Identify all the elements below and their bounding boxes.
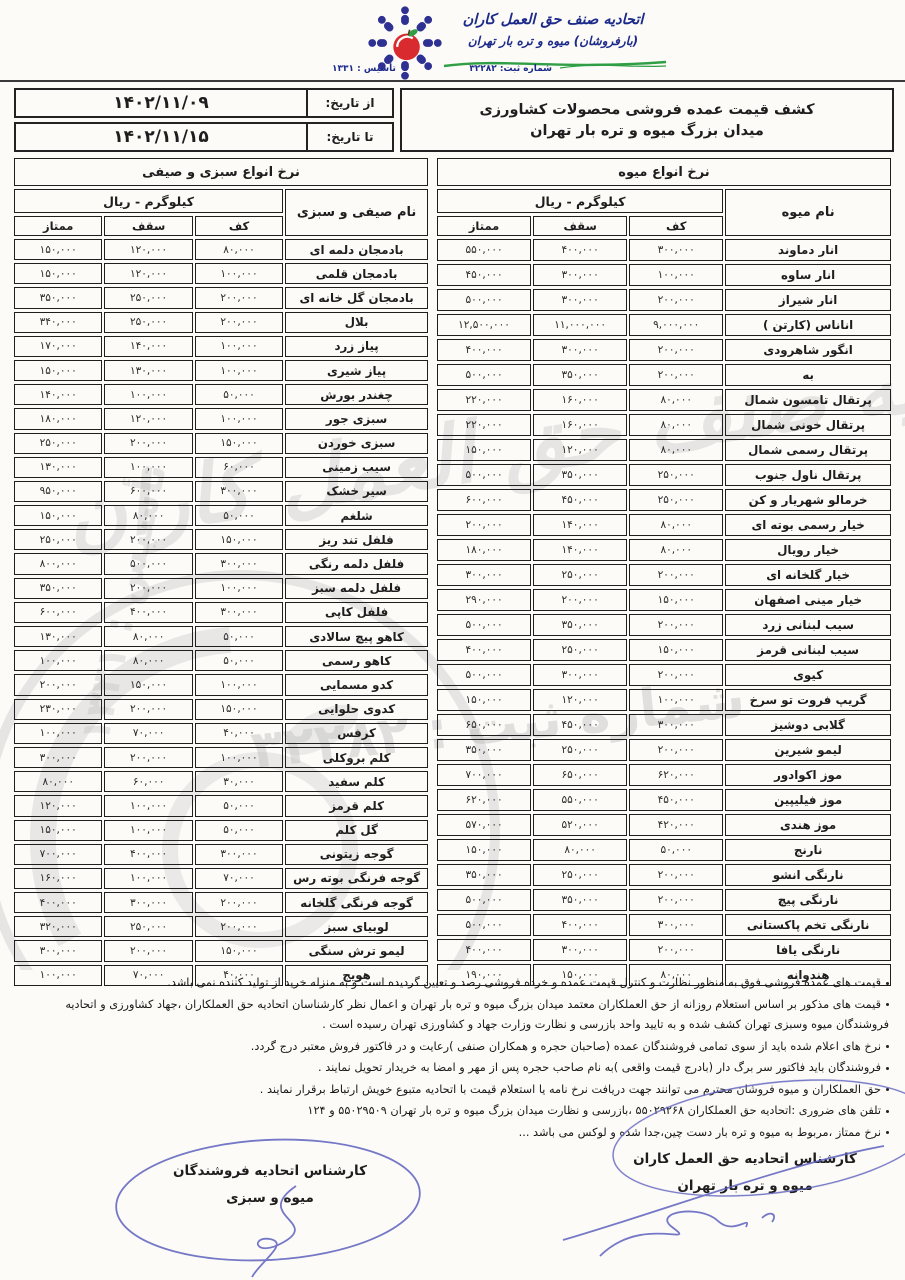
- table-row: نارنج ۵۰,۰۰۰ ۸۰,۰۰۰ ۱۵۰,۰۰۰: [437, 839, 891, 861]
- ceiling-price-cell: ۳۰۰,۰۰۰: [533, 264, 627, 286]
- ceiling-price-cell: ۲۵۰,۰۰۰: [104, 287, 192, 308]
- table-row: نارنگی یافا ۲۰۰,۰۰۰ ۳۰۰,۰۰۰ ۴۰۰,۰۰۰: [437, 939, 891, 961]
- table-row: بادمجان دلمه ای ۸۰,۰۰۰ ۱۲۰,۰۰۰ ۱۵۰,۰۰۰: [14, 239, 428, 260]
- table-row: کلم قرمز ۵۰,۰۰۰ ۱۰۰,۰۰۰ ۱۲۰,۰۰۰: [14, 795, 428, 816]
- item-name-cell: بلال: [285, 312, 428, 333]
- premium-price-cell: ۸۰۰,۰۰۰: [14, 553, 102, 574]
- item-name-cell: کلم قرمز: [285, 795, 428, 816]
- item-name-cell: کیوی: [725, 664, 891, 686]
- premium-price-cell: ۵۰۰,۰۰۰: [437, 664, 531, 686]
- ceiling-price-cell: ۱۲۰,۰۰۰: [533, 689, 627, 711]
- item-name-cell: انار ساوه: [725, 264, 891, 286]
- item-name-cell: اناناس (کارتن ): [725, 314, 891, 336]
- veg-unit-header: کیلوگرم - ریال: [14, 189, 283, 213]
- item-name-cell: شلغم: [285, 505, 428, 526]
- ceiling-price-cell: ۱۲۰,۰۰۰: [104, 263, 192, 284]
- premium-price-cell: ۱۳۰,۰۰۰: [14, 457, 102, 478]
- ceiling-price-cell: ۲۰۰,۰۰۰: [104, 747, 192, 768]
- ceiling-price-cell: ۱۵۰,۰۰۰: [104, 674, 192, 695]
- table-row: کلم سفید ۳۰,۰۰۰ ۶۰,۰۰۰ ۸۰,۰۰۰: [14, 771, 428, 792]
- item-name-cell: بادمجان قلمی: [285, 263, 428, 284]
- floor-price-cell: ۸۰,۰۰۰: [629, 539, 723, 561]
- floor-price-cell: ۱۰۰,۰۰۰: [195, 263, 283, 284]
- item-name-cell: پرتقال تامسون شمال: [725, 389, 891, 411]
- item-name-cell: گوجه فرنگی بوته رس: [285, 868, 428, 889]
- floor-price-cell: ۱۵۰,۰۰۰: [195, 529, 283, 550]
- premium-price-cell: ۲۵۰,۰۰۰: [14, 529, 102, 550]
- price-tables: نرخ انواع میوه نام میوه کیلوگرم - ریال ک…: [12, 155, 893, 989]
- floor-price-cell: ۲۰۰,۰۰۰: [195, 916, 283, 937]
- ceiling-price-cell: ۴۵۰,۰۰۰: [533, 489, 627, 511]
- ceiling-price-cell: ۲۰۰,۰۰۰: [533, 589, 627, 611]
- premium-price-cell: ۵۷۰,۰۰۰: [437, 814, 531, 836]
- established-year: تأسیس : ۱۳۳۱: [332, 64, 396, 74]
- premium-price-cell: ۱۵۰,۰۰۰: [437, 839, 531, 861]
- ceiling-price-cell: ۲۰۰,۰۰۰: [104, 578, 192, 599]
- footnote-line: قیمت های مذکور بر اساس استعلام روزانه از…: [16, 995, 889, 1036]
- item-name-cell: انگور شاهرودی: [725, 339, 891, 361]
- table-row: کیوی ۲۰۰,۰۰۰ ۳۰۰,۰۰۰ ۵۰۰,۰۰۰: [437, 664, 891, 686]
- left-signature-line1: کارشناس اتحادیه فروشندگان: [120, 1158, 420, 1185]
- document-title-line1: کشف قیمت عمده فروشی محصولات کشاورزی: [480, 102, 815, 118]
- ceiling-price-cell: ۱۲۰,۰۰۰: [533, 439, 627, 461]
- item-name-cell: سیر خشک: [285, 481, 428, 502]
- item-name-cell: کاهو رسمی: [285, 650, 428, 671]
- table-row: موز فیلیپین ۴۵۰,۰۰۰ ۵۵۰,۰۰۰ ۶۲۰,۰۰۰: [437, 789, 891, 811]
- table-row: خیار مینی اصفهان ۱۵۰,۰۰۰ ۲۰۰,۰۰۰ ۲۹۰,۰۰۰: [437, 589, 891, 611]
- premium-price-cell: ۴۵۰,۰۰۰: [437, 264, 531, 286]
- table-row: پرتقال ناول جنوب ۲۵۰,۰۰۰ ۳۵۰,۰۰۰ ۵۰۰,۰۰۰: [437, 464, 891, 486]
- premium-price-cell: ۲۵۰,۰۰۰: [14, 433, 102, 454]
- ceiling-price-cell: ۱۰۰,۰۰۰: [104, 795, 192, 816]
- document-title-box: کشف قیمت عمده فروشی محصولات کشاورزی میدا…: [400, 88, 894, 152]
- ceiling-price-cell: ۲۵۰,۰۰۰: [533, 639, 627, 661]
- floor-price-cell: ۸۰,۰۰۰: [629, 439, 723, 461]
- premium-price-cell: ۵۰۰,۰۰۰: [437, 889, 531, 911]
- floor-price-cell: ۱۰۰,۰۰۰: [195, 747, 283, 768]
- vegetable-price-table: نرخ انواع سبزی و صیفی نام صیفی و سبزی کی…: [12, 155, 430, 989]
- ceiling-price-cell: ۱۰۰,۰۰۰: [104, 457, 192, 478]
- table-row: گریپ فروت تو سرخ ۱۰۰,۰۰۰ ۱۲۰,۰۰۰ ۱۵۰,۰۰۰: [437, 689, 891, 711]
- table-row: فلفل تند ریز ۱۵۰,۰۰۰ ۲۰۰,۰۰۰ ۲۵۰,۰۰۰: [14, 529, 428, 550]
- item-name-cell: فلفل دلمه سبز: [285, 578, 428, 599]
- ceiling-price-cell: ۳۵۰,۰۰۰: [533, 364, 627, 386]
- item-name-cell: گل کلم: [285, 820, 428, 841]
- floor-price-cell: ۳۰۰,۰۰۰: [629, 914, 723, 936]
- item-name-cell: سیب لبنانی زرد: [725, 614, 891, 636]
- premium-price-cell: ۱۳۰,۰۰۰: [14, 626, 102, 647]
- from-date-value: ۱۴۰۲/۱۱/۰۹: [16, 90, 306, 116]
- veg-floor-header: کف: [195, 216, 283, 236]
- union-name-line1: اتحادیه صنف حق العمل کاران: [448, 10, 658, 32]
- ceiling-price-cell: ۳۵۰,۰۰۰: [533, 614, 627, 636]
- table-row: خیار رسمی بوته ای ۸۰,۰۰۰ ۱۴۰,۰۰۰ ۲۰۰,۰۰۰: [437, 514, 891, 536]
- floor-price-cell: ۲۰۰,۰۰۰: [629, 614, 723, 636]
- floor-price-cell: ۳۰,۰۰۰: [195, 771, 283, 792]
- premium-price-cell: ۱۰۰,۰۰۰: [14, 723, 102, 744]
- floor-price-cell: ۲۰۰,۰۰۰: [629, 564, 723, 586]
- ceiling-price-cell: ۱۲۰,۰۰۰: [104, 239, 192, 260]
- premium-price-cell: ۱۵۰,۰۰۰: [437, 439, 531, 461]
- item-name-cell: چغندر بورش: [285, 384, 428, 405]
- premium-price-cell: ۱۶۰,۰۰۰: [14, 868, 102, 889]
- ceiling-price-cell: ۴۰۰,۰۰۰: [533, 239, 627, 261]
- table-row: پرتقال تامسون شمال ۸۰,۰۰۰ ۱۶۰,۰۰۰ ۲۲۰,۰۰…: [437, 389, 891, 411]
- table-row: نارنگی انشو ۲۰۰,۰۰۰ ۲۵۰,۰۰۰ ۳۵۰,۰۰۰: [437, 864, 891, 886]
- item-name-cell: گوجه زیتونی: [285, 844, 428, 865]
- table-row: کدو مسمایی ۱۰۰,۰۰۰ ۱۵۰,۰۰۰ ۲۰۰,۰۰۰: [14, 674, 428, 695]
- ceiling-price-cell: ۱۰۰,۰۰۰: [104, 820, 192, 841]
- ceiling-price-cell: ۱۰۰,۰۰۰: [104, 868, 192, 889]
- item-name-cell: پرتقال خونی شمال: [725, 414, 891, 436]
- ceiling-price-cell: ۸۰,۰۰۰: [104, 650, 192, 671]
- floor-price-cell: ۵۰,۰۰۰: [629, 839, 723, 861]
- table-row: پرتقال خونی شمال ۸۰,۰۰۰ ۱۶۰,۰۰۰ ۲۲۰,۰۰۰: [437, 414, 891, 436]
- premium-price-cell: ۵۰۰,۰۰۰: [437, 464, 531, 486]
- premium-price-cell: ۵۰۰,۰۰۰: [437, 614, 531, 636]
- item-name-cell: گریپ فروت تو سرخ: [725, 689, 891, 711]
- ceiling-price-cell: ۳۰۰,۰۰۰: [533, 339, 627, 361]
- table-row: سیر خشک ۳۰۰,۰۰۰ ۶۰۰,۰۰۰ ۹۵۰,۰۰۰: [14, 481, 428, 502]
- footnote-line: تلفن های ضروری :اتحادیه حق العملکاران ۵۵…: [16, 1101, 889, 1122]
- ceiling-price-cell: ۱۶۰,۰۰۰: [533, 414, 627, 436]
- ceiling-price-cell: ۱۴۰,۰۰۰: [533, 514, 627, 536]
- footnote-line: حق العملکاران و میوه فروشان محترم می توا…: [16, 1080, 889, 1101]
- premium-price-cell: ۵۰۰,۰۰۰: [437, 364, 531, 386]
- floor-price-cell: ۵۰,۰۰۰: [195, 626, 283, 647]
- table-row: کلم بروکلی ۱۰۰,۰۰۰ ۲۰۰,۰۰۰ ۳۰۰,۰۰۰: [14, 747, 428, 768]
- ceiling-price-cell: ۱۲۰,۰۰۰: [104, 408, 192, 429]
- ceiling-price-cell: ۸۰,۰۰۰: [104, 505, 192, 526]
- right-signature-block: کارشناس اتحادیه حق العمل کاران میوه و تر…: [610, 1146, 880, 1200]
- ceiling-price-cell: ۲۰۰,۰۰۰: [104, 529, 192, 550]
- floor-price-cell: ۱۵۰,۰۰۰: [195, 940, 283, 961]
- floor-price-cell: ۵۰,۰۰۰: [195, 795, 283, 816]
- floor-price-cell: ۸۰,۰۰۰: [629, 514, 723, 536]
- ceiling-price-cell: ۳۰۰,۰۰۰: [533, 939, 627, 961]
- table-row: فلفل دلمه سبز ۱۰۰,۰۰۰ ۲۰۰,۰۰۰ ۳۵۰,۰۰۰: [14, 578, 428, 599]
- item-name-cell: گلابی دوشیز: [725, 714, 891, 736]
- premium-price-cell: ۴۰۰,۰۰۰: [14, 892, 102, 913]
- floor-price-cell: ۲۰۰,۰۰۰: [629, 864, 723, 886]
- item-name-cell: کدوی حلوایی: [285, 699, 428, 720]
- floor-price-cell: ۲۰۰,۰۰۰: [629, 939, 723, 961]
- ceiling-price-cell: ۱۱,۰۰۰,۰۰۰: [533, 314, 627, 336]
- table-row: کاهو رسمی ۵۰,۰۰۰ ۸۰,۰۰۰ ۱۰۰,۰۰۰: [14, 650, 428, 671]
- right-signature-line1: کارشناس اتحادیه حق العمل کاران: [610, 1146, 880, 1173]
- veg-table-title: نرخ انواع سبزی و صیفی: [14, 158, 428, 186]
- ceiling-price-cell: ۶۰,۰۰۰: [104, 771, 192, 792]
- item-name-cell: خیار رسمی بوته ای: [725, 514, 891, 536]
- premium-price-cell: ۱۲۰,۰۰۰: [14, 795, 102, 816]
- floor-price-cell: ۱۵۰,۰۰۰: [629, 589, 723, 611]
- from-date-row: از تاریخ: ۱۴۰۲/۱۱/۰۹: [14, 88, 394, 118]
- table-row: انار ساوه ۱۰۰,۰۰۰ ۳۰۰,۰۰۰ ۴۵۰,۰۰۰: [437, 264, 891, 286]
- to-date-row: تا تاریخ: ۱۴۰۲/۱۱/۱۵: [14, 122, 394, 152]
- floor-price-cell: ۳۰۰,۰۰۰: [195, 553, 283, 574]
- premium-price-cell: ۱۸۰,۰۰۰: [437, 539, 531, 561]
- item-name-cell: فلفل دلمه رنگی: [285, 553, 428, 574]
- floor-price-cell: ۲۰۰,۰۰۰: [629, 664, 723, 686]
- floor-price-cell: ۲۰۰,۰۰۰: [629, 889, 723, 911]
- table-row: موز اکوادور ۶۲۰,۰۰۰ ۶۵۰,۰۰۰ ۷۰۰,۰۰۰: [437, 764, 891, 786]
- premium-price-cell: ۷۰۰,۰۰۰: [14, 844, 102, 865]
- table-row: کدوی حلوایی ۱۵۰,۰۰۰ ۲۰۰,۰۰۰ ۲۳۰,۰۰۰: [14, 699, 428, 720]
- floor-price-cell: ۷۰,۰۰۰: [195, 868, 283, 889]
- ceiling-price-cell: ۳۰۰,۰۰۰: [533, 289, 627, 311]
- table-row: لیمو ترش سنگی ۱۵۰,۰۰۰ ۲۰۰,۰۰۰ ۳۰۰,۰۰۰: [14, 940, 428, 961]
- table-row: شلغم ۵۰,۰۰۰ ۸۰,۰۰۰ ۱۵۰,۰۰۰: [14, 505, 428, 526]
- floor-price-cell: ۴۲۰,۰۰۰: [629, 814, 723, 836]
- left-signature-block: کارشناس اتحادیه فروشندگان میوه و سبزی: [120, 1158, 420, 1212]
- item-name-cell: کلم سفید: [285, 771, 428, 792]
- item-name-cell: کرفس: [285, 723, 428, 744]
- table-row: سیب لبنانی قرمز ۱۵۰,۰۰۰ ۲۵۰,۰۰۰ ۴۰۰,۰۰۰: [437, 639, 891, 661]
- floor-price-cell: ۱۰۰,۰۰۰: [629, 689, 723, 711]
- item-name-cell: موز اکوادور: [725, 764, 891, 786]
- premium-price-cell: ۲۰۰,۰۰۰: [14, 674, 102, 695]
- footnotes: قیمت های عمده فروشی فوق به منظور نظارت و…: [16, 973, 889, 1144]
- veg-premium-header: ممتاز: [14, 216, 102, 236]
- table-row: خرمالو شهریار و کن ۲۵۰,۰۰۰ ۴۵۰,۰۰۰ ۶۰۰,۰…: [437, 489, 891, 511]
- table-row: فلفل کاپی ۳۰۰,۰۰۰ ۴۰۰,۰۰۰ ۶۰۰,۰۰۰: [14, 602, 428, 623]
- premium-price-cell: ۴۰۰,۰۰۰: [437, 639, 531, 661]
- premium-price-cell: ۲۲۰,۰۰۰: [437, 389, 531, 411]
- table-row: فلفل دلمه رنگی ۳۰۰,۰۰۰ ۵۰۰,۰۰۰ ۸۰۰,۰۰۰: [14, 553, 428, 574]
- ceiling-price-cell: ۵۵۰,۰۰۰: [533, 789, 627, 811]
- item-name-cell: کدو مسمایی: [285, 674, 428, 695]
- right-signature-line2: میوه و تره بار تهران: [610, 1173, 880, 1200]
- ceiling-price-cell: ۲۵۰,۰۰۰: [104, 916, 192, 937]
- fruit-premium-header: ممتاز: [437, 216, 531, 236]
- table-row: پیاز زرد ۱۰۰,۰۰۰ ۱۴۰,۰۰۰ ۱۷۰,۰۰۰: [14, 336, 428, 357]
- item-name-cell: پرتقال ناول جنوب: [725, 464, 891, 486]
- ceiling-price-cell: ۷۰,۰۰۰: [104, 723, 192, 744]
- premium-price-cell: ۴۰۰,۰۰۰: [437, 939, 531, 961]
- table-row: لیمو شیرین ۲۰۰,۰۰۰ ۲۵۰,۰۰۰ ۳۵۰,۰۰۰: [437, 739, 891, 761]
- table-row: گل کلم ۵۰,۰۰۰ ۱۰۰,۰۰۰ ۱۵۰,۰۰۰: [14, 820, 428, 841]
- premium-price-cell: ۳۴۰,۰۰۰: [14, 312, 102, 333]
- ceiling-price-cell: ۲۵۰,۰۰۰: [104, 312, 192, 333]
- table-row: کاهو پیچ سالادی ۵۰,۰۰۰ ۸۰,۰۰۰ ۱۳۰,۰۰۰: [14, 626, 428, 647]
- premium-price-cell: ۳۲۰,۰۰۰: [14, 916, 102, 937]
- item-name-cell: نارنج: [725, 839, 891, 861]
- floor-price-cell: ۴۰,۰۰۰: [195, 723, 283, 744]
- item-name-cell: سیب لبنانی قرمز: [725, 639, 891, 661]
- floor-price-cell: ۱۰۰,۰۰۰: [629, 264, 723, 286]
- floor-price-cell: ۱۰۰,۰۰۰: [195, 336, 283, 357]
- item-name-cell: به: [725, 364, 891, 386]
- floor-price-cell: ۳۰۰,۰۰۰: [195, 844, 283, 865]
- ceiling-price-cell: ۴۰۰,۰۰۰: [104, 844, 192, 865]
- ceiling-price-cell: ۱۳۰,۰۰۰: [104, 360, 192, 381]
- ceiling-price-cell: ۱۶۰,۰۰۰: [533, 389, 627, 411]
- premium-price-cell: ۲۹۰,۰۰۰: [437, 589, 531, 611]
- floor-price-cell: ۱۵۰,۰۰۰: [195, 699, 283, 720]
- premium-price-cell: ۱۵۰,۰۰۰: [14, 263, 102, 284]
- premium-price-cell: ۱۵۰,۰۰۰: [14, 820, 102, 841]
- premium-price-cell: ۴۰۰,۰۰۰: [437, 339, 531, 361]
- premium-price-cell: ۳۵۰,۰۰۰: [437, 864, 531, 886]
- premium-price-cell: ۶۵۰,۰۰۰: [437, 714, 531, 736]
- floor-price-cell: ۳۰۰,۰۰۰: [629, 239, 723, 261]
- footnote-line: قیمت های عمده فروشی فوق به منظور نظارت و…: [16, 973, 889, 994]
- registration-number: شماره ثبت: ۳۲۲۸۲: [469, 64, 552, 74]
- header-divider: [0, 80, 905, 82]
- ceiling-price-cell: ۲۰۰,۰۰۰: [104, 699, 192, 720]
- footnote-line: نرخ های اعلام شده باید از سوی تمامی فروش…: [16, 1037, 889, 1058]
- apple-icon: [393, 28, 420, 60]
- premium-price-cell: ۲۰۰,۰۰۰: [437, 514, 531, 536]
- union-name: اتحادیه صنف حق العمل کاران (بارفروشان) م…: [448, 10, 658, 51]
- to-date-label: تا تاریخ:: [306, 124, 392, 150]
- veg-ceiling-header: سقف: [104, 216, 192, 236]
- fruit-ceiling-header: سقف: [533, 216, 627, 236]
- table-row: بادمجان گل خانه ای ۲۰۰,۰۰۰ ۲۵۰,۰۰۰ ۳۵۰,۰…: [14, 287, 428, 308]
- premium-price-cell: ۱۵۰,۰۰۰: [437, 689, 531, 711]
- floor-price-cell: ۲۰۰,۰۰۰: [629, 289, 723, 311]
- premium-price-cell: ۵۵۰,۰۰۰: [437, 239, 531, 261]
- floor-price-cell: ۶۰,۰۰۰: [195, 457, 283, 478]
- item-name-cell: فلفل کاپی: [285, 602, 428, 623]
- item-name-cell: بادمجان گل خانه ای: [285, 287, 428, 308]
- premium-price-cell: ۳۵۰,۰۰۰: [14, 578, 102, 599]
- table-row: چغندر بورش ۵۰,۰۰۰ ۱۰۰,۰۰۰ ۱۴۰,۰۰۰: [14, 384, 428, 405]
- ceiling-price-cell: ۲۰۰,۰۰۰: [104, 940, 192, 961]
- table-row: نارنگی پیچ ۲۰۰,۰۰۰ ۳۵۰,۰۰۰ ۵۰۰,۰۰۰: [437, 889, 891, 911]
- premium-price-cell: ۳۰۰,۰۰۰: [437, 564, 531, 586]
- table-row: سبزی جور ۱۰۰,۰۰۰ ۱۲۰,۰۰۰ ۱۸۰,۰۰۰: [14, 408, 428, 429]
- fruit-price-table: نرخ انواع میوه نام میوه کیلوگرم - ریال ک…: [435, 155, 893, 989]
- premium-price-cell: ۱۷۰,۰۰۰: [14, 336, 102, 357]
- item-name-cell: خیار رویال: [725, 539, 891, 561]
- floor-price-cell: ۳۰۰,۰۰۰: [195, 602, 283, 623]
- left-signature-line2: میوه و سبزی: [120, 1185, 420, 1212]
- ceiling-price-cell: ۴۵۰,۰۰۰: [533, 714, 627, 736]
- table-row: سبزی خوردن ۱۵۰,۰۰۰ ۲۰۰,۰۰۰ ۲۵۰,۰۰۰: [14, 433, 428, 454]
- premium-price-cell: ۳۰۰,۰۰۰: [14, 940, 102, 961]
- premium-price-cell: ۱۴۰,۰۰۰: [14, 384, 102, 405]
- item-name-cell: سبزی خوردن: [285, 433, 428, 454]
- union-name-line2: (بارفروشان) میوه و تره بار تهران: [448, 32, 658, 51]
- floor-price-cell: ۴۵۰,۰۰۰: [629, 789, 723, 811]
- item-name-cell: خیار گلخانه ای: [725, 564, 891, 586]
- scanned-price-list-document: { "header": { "org_line1": "اتحادیه صنف …: [0, 0, 905, 1280]
- floor-price-cell: ۳۰۰,۰۰۰: [629, 714, 723, 736]
- ceiling-price-cell: ۵۰۰,۰۰۰: [104, 553, 192, 574]
- ceiling-price-cell: ۳۰۰,۰۰۰: [104, 892, 192, 913]
- ceiling-price-cell: ۳۵۰,۰۰۰: [533, 889, 627, 911]
- premium-price-cell: ۱۸۰,۰۰۰: [14, 408, 102, 429]
- floor-price-cell: ۵۰,۰۰۰: [195, 820, 283, 841]
- ceiling-price-cell: ۵۲۰,۰۰۰: [533, 814, 627, 836]
- item-name-cell: گوجه فرنگی گلخانه: [285, 892, 428, 913]
- item-name-cell: سیب زمینی: [285, 457, 428, 478]
- item-name-cell: نارنگی تخم پاکستانی: [725, 914, 891, 936]
- item-name-cell: انار شیراز: [725, 289, 891, 311]
- table-row: بلال ۲۰۰,۰۰۰ ۲۵۰,۰۰۰ ۳۴۰,۰۰۰: [14, 312, 428, 333]
- footnote-line: فروشندگان باید فاکتور سر برگ دار (بادرج …: [16, 1058, 889, 1079]
- item-name-cell: انار دماوند: [725, 239, 891, 261]
- item-name-cell: لوبیای سبز: [285, 916, 428, 937]
- table-row: موز هندی ۴۲۰,۰۰۰ ۵۲۰,۰۰۰ ۵۷۰,۰۰۰: [437, 814, 891, 836]
- premium-price-cell: ۹۵۰,۰۰۰: [14, 481, 102, 502]
- premium-price-cell: ۱۰۰,۰۰۰: [14, 650, 102, 671]
- item-name-cell: لیمو ترش سنگی: [285, 940, 428, 961]
- item-name-cell: پیاز زرد: [285, 336, 428, 357]
- right-signature-scribble: [600, 1211, 774, 1256]
- floor-price-cell: ۱۵۰,۰۰۰: [195, 433, 283, 454]
- item-name-cell: فلفل تند ریز: [285, 529, 428, 550]
- premium-price-cell: ۱۵۰,۰۰۰: [14, 239, 102, 260]
- ceiling-price-cell: ۲۵۰,۰۰۰: [533, 564, 627, 586]
- premium-price-cell: ۲۲۰,۰۰۰: [437, 414, 531, 436]
- ceiling-price-cell: ۴۰۰,۰۰۰: [104, 602, 192, 623]
- floor-price-cell: ۱۰۰,۰۰۰: [195, 360, 283, 381]
- from-date-label: از تاریخ:: [306, 90, 392, 116]
- item-name-cell: بادمجان دلمه ای: [285, 239, 428, 260]
- floor-price-cell: ۳۰۰,۰۰۰: [195, 481, 283, 502]
- to-date-value: ۱۴۰۲/۱۱/۱۵: [16, 124, 306, 150]
- ceiling-price-cell: ۴۰۰,۰۰۰: [533, 914, 627, 936]
- table-row: پیاز شیری ۱۰۰,۰۰۰ ۱۳۰,۰۰۰ ۱۵۰,۰۰۰: [14, 360, 428, 381]
- table-row: به ۲۰۰,۰۰۰ ۳۵۰,۰۰۰ ۵۰۰,۰۰۰: [437, 364, 891, 386]
- item-name-cell: سبزی جور: [285, 408, 428, 429]
- item-name-cell: نارنگی یافا: [725, 939, 891, 961]
- ceiling-price-cell: ۲۰۰,۰۰۰: [104, 433, 192, 454]
- item-name-cell: کاهو پیچ سالادی: [285, 626, 428, 647]
- premium-price-cell: ۱۵۰,۰۰۰: [14, 360, 102, 381]
- ceiling-price-cell: ۱۴۰,۰۰۰: [533, 539, 627, 561]
- premium-price-cell: ۳۰۰,۰۰۰: [14, 747, 102, 768]
- veg-name-header: نام صیفی و سبزی: [285, 189, 428, 236]
- premium-price-cell: ۶۰۰,۰۰۰: [437, 489, 531, 511]
- fruit-name-header: نام میوه: [725, 189, 891, 236]
- floor-price-cell: ۲۰۰,۰۰۰: [629, 739, 723, 761]
- table-row: لوبیای سبز ۲۰۰,۰۰۰ ۲۵۰,۰۰۰ ۳۲۰,۰۰۰: [14, 916, 428, 937]
- floor-price-cell: ۲۰۰,۰۰۰: [195, 312, 283, 333]
- floor-price-cell: ۲۰۰,۰۰۰: [195, 892, 283, 913]
- footnote-line: نرخ ممتاز ،مربوط به میوه و تره بار دست چ…: [16, 1123, 889, 1144]
- floor-price-cell: ۱۵۰,۰۰۰: [629, 639, 723, 661]
- ceiling-price-cell: ۲۵۰,۰۰۰: [533, 864, 627, 886]
- floor-price-cell: ۱۰۰,۰۰۰: [195, 408, 283, 429]
- floor-price-cell: ۸۰,۰۰۰: [629, 389, 723, 411]
- item-name-cell: موز فیلیپین: [725, 789, 891, 811]
- table-row: کرفس ۴۰,۰۰۰ ۷۰,۰۰۰ ۱۰۰,۰۰۰: [14, 723, 428, 744]
- premium-price-cell: ۷۰۰,۰۰۰: [437, 764, 531, 786]
- item-name-cell: نارنگی پیچ: [725, 889, 891, 911]
- floor-price-cell: ۵۰,۰۰۰: [195, 650, 283, 671]
- item-name-cell: خیار مینی اصفهان: [725, 589, 891, 611]
- ceiling-price-cell: ۸۰,۰۰۰: [533, 839, 627, 861]
- ceiling-price-cell: ۱۰۰,۰۰۰: [104, 384, 192, 405]
- fruit-floor-header: کف: [629, 216, 723, 236]
- table-row: انگور شاهرودی ۲۰۰,۰۰۰ ۳۰۰,۰۰۰ ۴۰۰,۰۰۰: [437, 339, 891, 361]
- table-row: خیار رویال ۸۰,۰۰۰ ۱۴۰,۰۰۰ ۱۸۰,۰۰۰: [437, 539, 891, 561]
- ceiling-price-cell: ۳۵۰,۰۰۰: [533, 464, 627, 486]
- floor-price-cell: ۹,۰۰۰,۰۰۰: [629, 314, 723, 336]
- floor-price-cell: ۲۰۰,۰۰۰: [195, 287, 283, 308]
- floor-price-cell: ۱۰۰,۰۰۰: [195, 578, 283, 599]
- floor-price-cell: ۲۰۰,۰۰۰: [629, 364, 723, 386]
- item-name-cell: خرمالو شهریار و کن: [725, 489, 891, 511]
- item-name-cell: موز هندی: [725, 814, 891, 836]
- table-row: سیب لبنانی زرد ۲۰۰,۰۰۰ ۳۵۰,۰۰۰ ۵۰۰,۰۰۰: [437, 614, 891, 636]
- document-title-line2: میدان بزرگ میوه و تره بار تهران: [530, 123, 764, 139]
- table-row: اناناس (کارتن ) ۹,۰۰۰,۰۰۰ ۱۱,۰۰۰,۰۰۰ ۱۲,…: [437, 314, 891, 336]
- item-name-cell: پرتقال رسمی شمال: [725, 439, 891, 461]
